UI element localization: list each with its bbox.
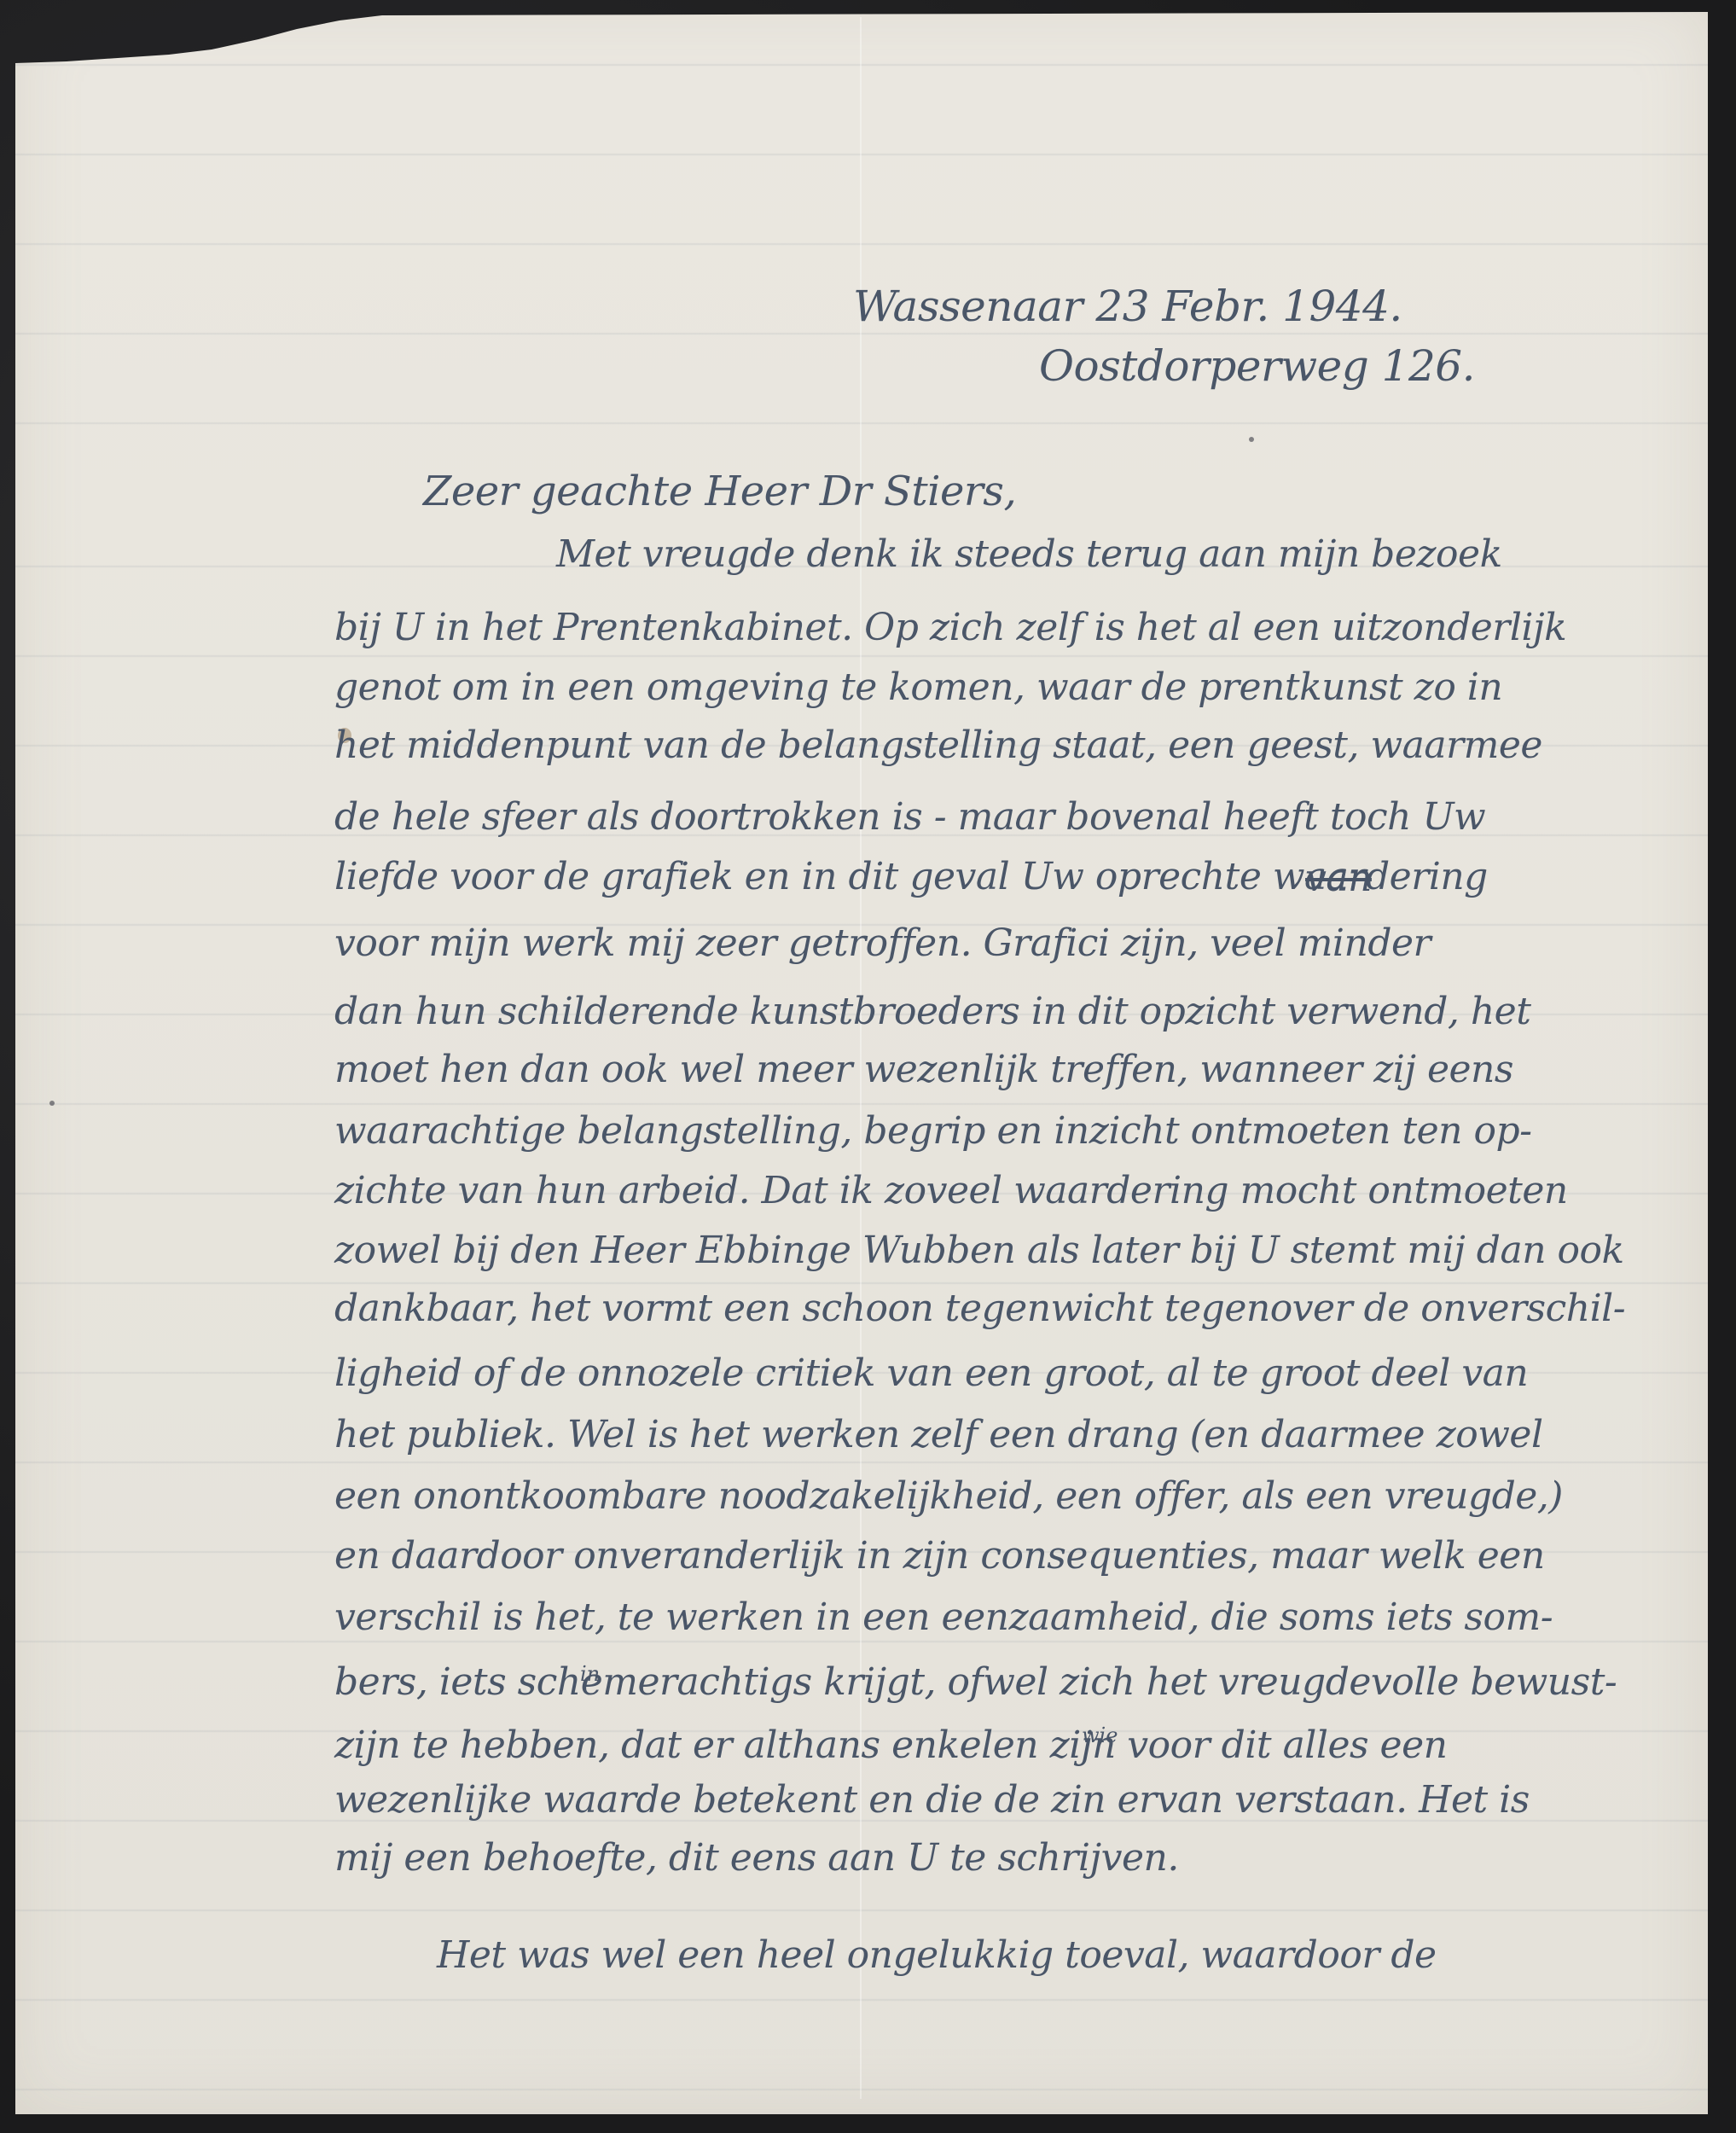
letter-line: bers, iets schemerachtigs krijgt, ofwel … [334, 1660, 1617, 1704]
letter-line: voor mijn werk mij zeer getroffen. Grafi… [334, 921, 1431, 965]
letter-line: het publiek. Wel is het werken zelf een … [334, 1413, 1543, 1456]
letter-line: de hele sfeer als doortrokken is - maar … [334, 795, 1485, 839]
letter-line: het middenpunt van de belangstelling sta… [334, 724, 1542, 767]
struck-word: van [1305, 857, 1372, 900]
letter-line: bij U in het Prentenkabinet. Op zich zel… [334, 606, 1566, 649]
ink-dot [49, 1101, 55, 1106]
letter-line: Het was wel een heel ongelukkig toeval, … [437, 1933, 1437, 1977]
letter-line: zijn te hebben, dat er althans enkelen z… [334, 1723, 1447, 1767]
sender-address: Oostdorperweg 126. [1039, 341, 1475, 391]
letter-line: genot om in een omgeving te komen, waar … [334, 665, 1502, 709]
place-date: Wassenaar 23 Febr. 1944. [853, 282, 1402, 331]
letter-line: een onontkoombare noodzakelijkheid, een … [334, 1474, 1563, 1518]
letter-line: Met vreugde denk ik steeds terug aan mij… [556, 532, 1502, 576]
letter-line: wezenlijke waarde betekent en die de zin… [334, 1778, 1530, 1822]
letter-line: en daardoor onveranderlijk in zijn conse… [334, 1534, 1545, 1578]
letter-line: mij een behoefte, dit eens aan U te schr… [334, 1836, 1179, 1880]
letter-line: zowel bij den Heer Ebbinge Wubben als la… [334, 1229, 1624, 1272]
letter-line: ligheid of de onnozele critiek van een g… [334, 1351, 1528, 1395]
salutation: Zeer geachte Heer Dr Stiers, [423, 468, 1016, 515]
letter-line: zichte van hun arbeid. Dat ik zoveel waa… [334, 1169, 1568, 1212]
letter-line: dan hun schilderende kunstbroeders in di… [334, 990, 1530, 1033]
letter-line: dankbaar, het vormt een schoon tegenwich… [334, 1287, 1625, 1330]
letter-line: verschil is het, te werken in een eenzaa… [334, 1595, 1553, 1639]
letter-line: waarachtige belangstelling, begrip en in… [334, 1109, 1532, 1153]
letter-line: moet hen dan ook wel meer wezenlijk tref… [334, 1048, 1513, 1091]
ink-dot [1249, 437, 1254, 442]
